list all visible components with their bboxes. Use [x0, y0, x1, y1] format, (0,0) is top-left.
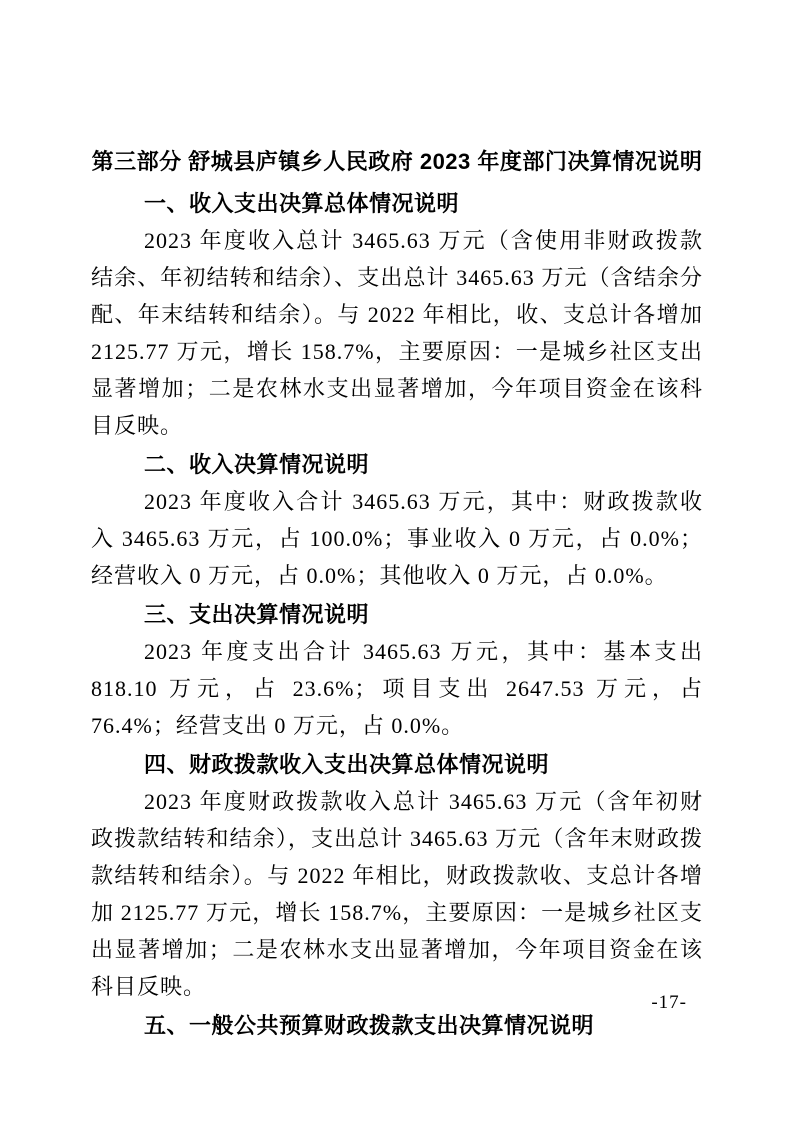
- section-paragraph: 2023 年度财政拨款收入总计 3465.63 万元（含年初财政拨款结转和结余）…: [91, 783, 703, 1005]
- document-content: 第三部分 舒城县庐镇乡人民政府 2023 年度部门决算情况说明 一、收入支出决算…: [91, 143, 703, 1044]
- section-general-public-budget: 五、一般公共预算财政拨款支出决算情况说明: [91, 1007, 703, 1044]
- section-income-expenditure-overview: 一、收入支出决算总体情况说明 2023 年度收入总计 3465.63 万元（含使…: [91, 185, 703, 444]
- section-fiscal-appropriation-overview: 四、财政拨款收入支出决算总体情况说明 2023 年度财政拨款收入总计 3465.…: [91, 746, 703, 1005]
- section-expenditure-statement: 三、支出决算情况说明 2023 年度支出合计 3465.63 万元，其中：基本支…: [91, 596, 703, 744]
- section-heading: 二、收入决算情况说明: [91, 446, 703, 483]
- page-number: -17-: [651, 992, 687, 1014]
- section-paragraph: 2023 年度支出合计 3465.63 万元，其中：基本支出 818.10 万元…: [91, 633, 703, 744]
- section-heading: 四、财政拨款收入支出决算总体情况说明: [91, 746, 703, 783]
- section-income-statement: 二、收入决算情况说明 2023 年度收入合计 3465.63 万元，其中：财政拨…: [91, 446, 703, 594]
- section-heading: 一、收入支出决算总体情况说明: [91, 185, 703, 222]
- document-title: 第三部分 舒城县庐镇乡人民政府 2023 年度部门决算情况说明: [91, 143, 703, 180]
- section-paragraph: 2023 年度收入总计 3465.63 万元（含使用非财政拨款结余、年初结转和结…: [91, 222, 703, 444]
- section-heading: 三、支出决算情况说明: [91, 596, 703, 633]
- section-heading: 五、一般公共预算财政拨款支出决算情况说明: [91, 1007, 703, 1044]
- section-paragraph: 2023 年度收入合计 3465.63 万元，其中：财政拨款收入 3465.63…: [91, 483, 703, 594]
- document-page: 第三部分 舒城县庐镇乡人民政府 2023 年度部门决算情况说明 一、收入支出决算…: [0, 0, 793, 1122]
